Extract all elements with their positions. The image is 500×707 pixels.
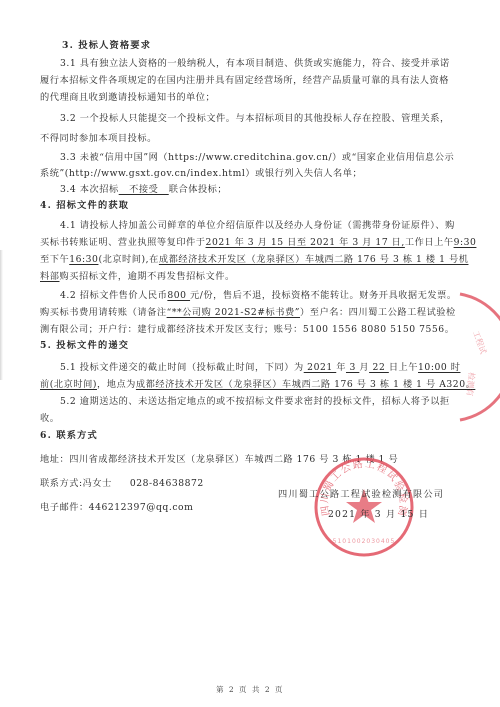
transfer-note: “**公司购 2021-S2#标书费” xyxy=(167,307,300,318)
joint-bid-value: 不接受 xyxy=(119,184,169,195)
text: 购买标书费用请转账（请备注 xyxy=(40,307,167,318)
sale-address: 成都经济技术开发区（龙泉驿区）车城西二路 176 号 3 栋 1 楼 1 号机 xyxy=(159,254,469,265)
para-5-1-line-1: 5.1 投标文件递交的截止时间（投标截止时间，下同）为 2021 年 3 月 2… xyxy=(60,362,460,374)
section-6-heading: 6. 联系方式 xyxy=(40,430,98,442)
scan-edge-shadow xyxy=(0,250,3,380)
sale-address-cont: 料部 xyxy=(40,271,59,282)
contact-phone: 028-84638872 xyxy=(130,478,204,489)
svg-text:检测有: 检测有 xyxy=(465,372,477,397)
signature-date: 2021 年 3 月 15 日 xyxy=(328,506,429,520)
text: 至下午 xyxy=(40,254,69,265)
section-4-heading: 4. 招标文件的获取 xyxy=(40,200,129,212)
para-3-3-line-2: 系统”(http://www.gsxt.gov.cn/index.html）或银… xyxy=(40,168,362,180)
text: 购买招标文件，逾期不再发售招标文件。 xyxy=(59,271,234,282)
document-price: 800 xyxy=(167,290,190,301)
text: 元/份，售后不退，投标资格不能转让。财务开具收据无发票。 xyxy=(190,290,457,301)
para-5-2-line-2: 收。 xyxy=(40,413,59,425)
section-3-heading: 3. 投标人资格要求 xyxy=(62,40,151,52)
para-4-1-line-1: 4.1 请投标人持加盖公司鲜章的单位介绍信原件以及经办人身份证（需携带身份证原件… xyxy=(60,220,455,232)
page-indicator: 第 2 页 共 2 页 xyxy=(0,684,500,695)
para-4-1-line-3: 至下午16:30(北京时间),在成都经济技术开发区（龙泉驿区）车城西二路 176… xyxy=(40,254,468,266)
text: 工作日上午 xyxy=(405,237,454,248)
contact-person: 联系方式:冯女士028-84638872 xyxy=(40,478,204,490)
sale-end-time: 16:30 xyxy=(69,254,98,265)
text: 月 xyxy=(359,362,369,373)
signature-company: 四川蜀工公路工程试验检测有限公司 xyxy=(278,486,444,500)
deadline-year: 2021 xyxy=(304,362,337,373)
sale-start-time: 9:30 xyxy=(454,237,477,248)
text: 5.1 投标文件递交的截止时间（投标截止时间，下同）为 xyxy=(60,362,304,373)
deadline-timezone: 前(北京时间) xyxy=(40,379,97,390)
text: 年 xyxy=(336,362,346,373)
deadline-day: 22 xyxy=(369,362,389,373)
svg-text:5101002030405: 5101002030405 xyxy=(333,538,396,545)
text: 4.2 招标文件售价人民币 xyxy=(60,290,167,301)
para-4-2-line-2: 购买标书费用请转账（请备注“**公司购 2021-S2#标书费”）至户名：四川蜀… xyxy=(40,307,456,319)
para-5-1-line-2: 前(北京时间)，地点为成都经济技术开发区（龙泉驿区）车城西二路 176 号 3 … xyxy=(40,379,475,391)
submission-address: 成都经济技术开发区（龙泉驿区）车城西二路 176 号 3 栋 1 楼 1 号 A… xyxy=(136,379,475,390)
para-3-4-suffix: 联合体投标； xyxy=(169,184,227,195)
sale-dates: 2021 年 3 月 15 日至 2021 年 3 月 17 日, xyxy=(206,237,405,248)
para-3-4: 3.4 本次招标 不接受 联合体投标； xyxy=(60,184,227,196)
para-5-2-line-1: 5.2 逾期送达的、未送达指定地点的或不按招标文件要求密封的投标文件，招标人将予… xyxy=(60,396,450,408)
para-3-2-line-1: 3.2 一个投标人只能提交一个投标文件。与本招标项目的其他投标人存在控股、管理关… xyxy=(60,113,450,125)
text: ）至户名：四川蜀工公路工程试验检 xyxy=(300,307,456,318)
partial-seal-icon: 工程试 检测有 xyxy=(455,292,500,422)
text: (北京时间),在 xyxy=(98,254,158,265)
contact-name: 联系方式:冯女士 xyxy=(40,478,112,489)
para-3-2-line-2: 不得同时参加本项目投标。 xyxy=(40,133,157,145)
para-3-3-line-1: 3.3 未被“信用中国”网（https://www.creditchina.go… xyxy=(60,152,454,164)
para-3-1-line-3: 的代理商且收到邀请投标通知书的单位； xyxy=(40,92,215,104)
deadline-month: 3 xyxy=(346,362,359,373)
text: 日上午 xyxy=(389,362,418,373)
contact-email: 电子邮件：446212397@qq.com xyxy=(40,502,193,514)
section-5-heading: 5. 投标文件的递交 xyxy=(40,340,129,352)
para-3-1-line-2: 履行本招标文件各项规定的在国内注册并具有固定经营场所，经营产品质量可靠的具有法人… xyxy=(40,75,449,87)
para-3-1-line-1: 3.1 具有独立法人资格的一般纳税人，有本项目制造、供货或实施能力，符合、接受并… xyxy=(60,58,450,70)
para-3-4-prefix: 3.4 本次招标 xyxy=(60,184,119,195)
para-4-2-line-1: 4.2 招标文件售价人民币800 元/份，售后不退，投标资格不能转让。财务开具收… xyxy=(60,290,457,302)
document-page: 3. 投标人资格要求 3.1 具有独立法人资格的一般纳税人，有本项目制造、供货或… xyxy=(0,0,500,707)
para-4-1-line-2: 买标书转账证明、营业执照等复印件于2021 年 3 月 15 日至 2021 年… xyxy=(40,237,476,249)
para-4-1-line-4: 料部购买招标文件，逾期不再发售招标文件。 xyxy=(40,271,235,283)
text: ，地点为 xyxy=(97,379,136,390)
text: 买标书转账证明、营业执照等复印件于 xyxy=(40,237,206,248)
para-4-2-line-3: 测有限公司；开户行：建行成都经济技术开发区支行；账号：5100 1556 808… xyxy=(40,324,454,336)
svg-text:工程试: 工程试 xyxy=(471,329,489,355)
